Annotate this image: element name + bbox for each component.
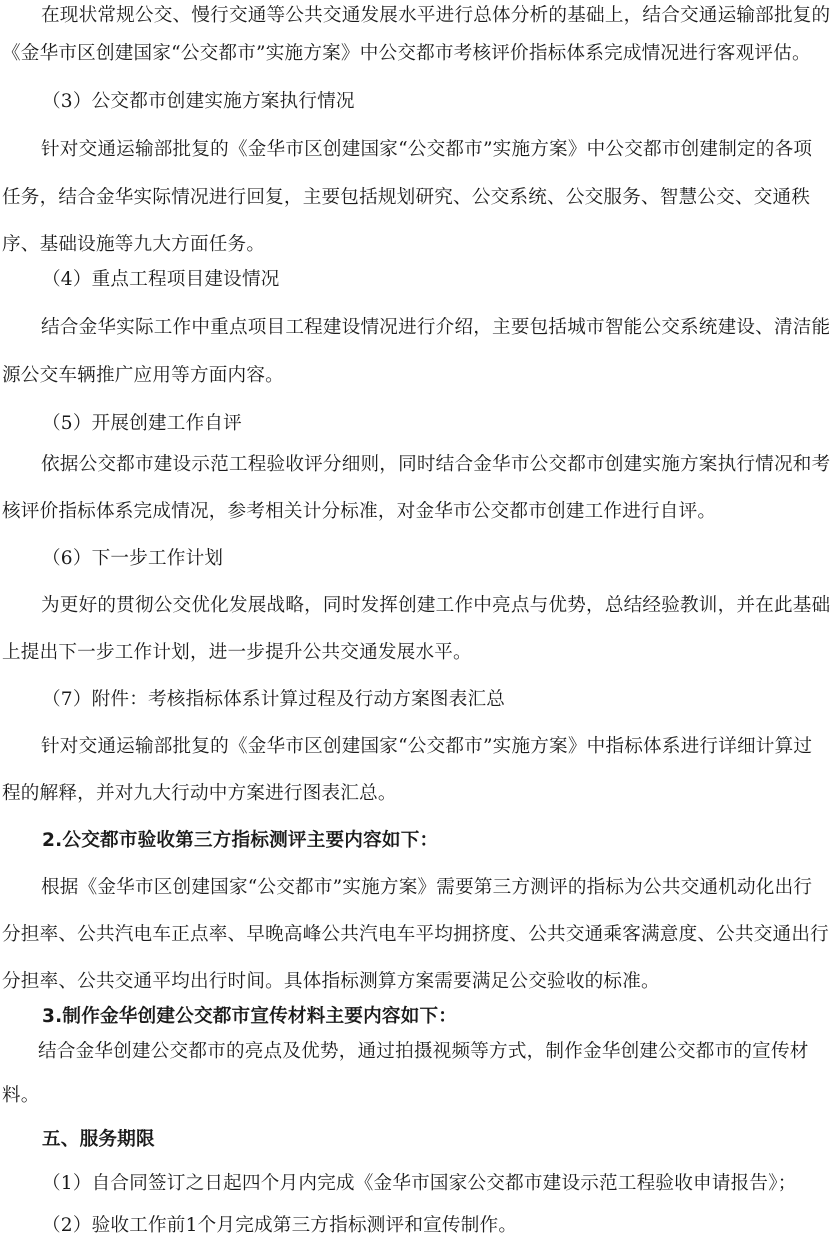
paragraph-line: 依据公交都市建设示范工程验收评分细则，同时结合金华市公交都市创建实施方案执行情况… bbox=[41, 453, 830, 477]
paragraph-line: 为更好的贯彻公交优化发展战略，同时发挥创建工作中亮点与优势，总结经验教训，并在此… bbox=[41, 594, 830, 618]
paragraph-line: 针对交通运输部批复的《金华市区创建国家“公交都市”实施方案》中指标体系进行详细计… bbox=[41, 735, 812, 759]
paragraph-line: 分担率、公共交通平均出行时间。具体指标测算方案需要满足公交验收的标准。 bbox=[2, 970, 660, 994]
paragraph-line: 序、基础设施等九大方面任务。 bbox=[2, 233, 265, 257]
paragraph-line: 任务，结合金华实际情况进行回复，主要包括规划研究、公交系统、公交服务、智慧公交、… bbox=[2, 186, 810, 210]
section-heading: 3.制作金华创建公交都市宣传材料主要内容如下： bbox=[42, 1005, 457, 1029]
paragraph-line: 结合金华实际工作中重点项目工程建设情况进行介绍，主要包括城市智能公交系统建设、清… bbox=[41, 316, 830, 340]
paragraph-line: 针对交通运输部批复的《金华市区创建国家“公交都市”实施方案》中公交都市创建制定的… bbox=[41, 138, 812, 162]
subsection-heading: （6）下一步工作计划 bbox=[42, 547, 223, 571]
list-item: （1）自合同签订之日起四个月内完成《金华市国家公交都市建设示范工程验收申请报告》… bbox=[42, 1172, 796, 1196]
paragraph-line: 结合金华创建公交都市的亮点及优势，通过拍摄视频等方式，制作金华创建公交都市的宣传… bbox=[38, 1040, 809, 1064]
subsection-heading: （5）开展创建工作自评 bbox=[42, 412, 242, 436]
paragraph-line: 核评价指标体系完成情况，参考相关计分标准，对金华市公交都市创建工作进行自评。 bbox=[2, 500, 716, 524]
paragraph-line: 分担率、公共汽电车正点率、早晚高峰公共汽电车平均拥挤度、公共交通乘客满意度、公共… bbox=[2, 923, 829, 947]
paragraph-line: 源公交车辆推广应用等方面内容。 bbox=[2, 364, 284, 388]
paragraph-line: 根据《金华市区创建国家“公交都市”实施方案》需要第三方测评的指标为公共交通机动化… bbox=[41, 876, 812, 900]
paragraph-line: 上提出下一步工作计划，进一步提升公共交通发展水平。 bbox=[2, 641, 472, 665]
paragraph-line: 《金华市区创建国家“公交都市”实施方案》中公交都市考核评价指标体系完成情况进行客… bbox=[2, 42, 811, 66]
paragraph-line: 料。 bbox=[2, 1084, 40, 1108]
subsection-heading: （4）重点工程项目建设情况 bbox=[42, 268, 280, 292]
subsection-heading: （3）公交都市创建实施方案执行情况 bbox=[42, 90, 355, 114]
paragraph-line: 程的解释，并对九大行动中方案进行图表汇总。 bbox=[2, 782, 397, 806]
section-heading: 2.公交都市验收第三方指标测评主要内容如下： bbox=[42, 829, 438, 853]
list-item: （2）验收工作前1个月完成第三方指标测评和宣传制作。 bbox=[42, 1214, 517, 1236]
subsection-heading: （7）附件：考核指标体系计算过程及行动方案图表汇总 bbox=[42, 688, 505, 712]
chapter-heading: 五、服务期限 bbox=[42, 1128, 155, 1152]
paragraph-line: 在现状常规公交、慢行交通等公共交通发展水平进行总体分析的基础上，结合交通运输部批… bbox=[41, 4, 830, 28]
